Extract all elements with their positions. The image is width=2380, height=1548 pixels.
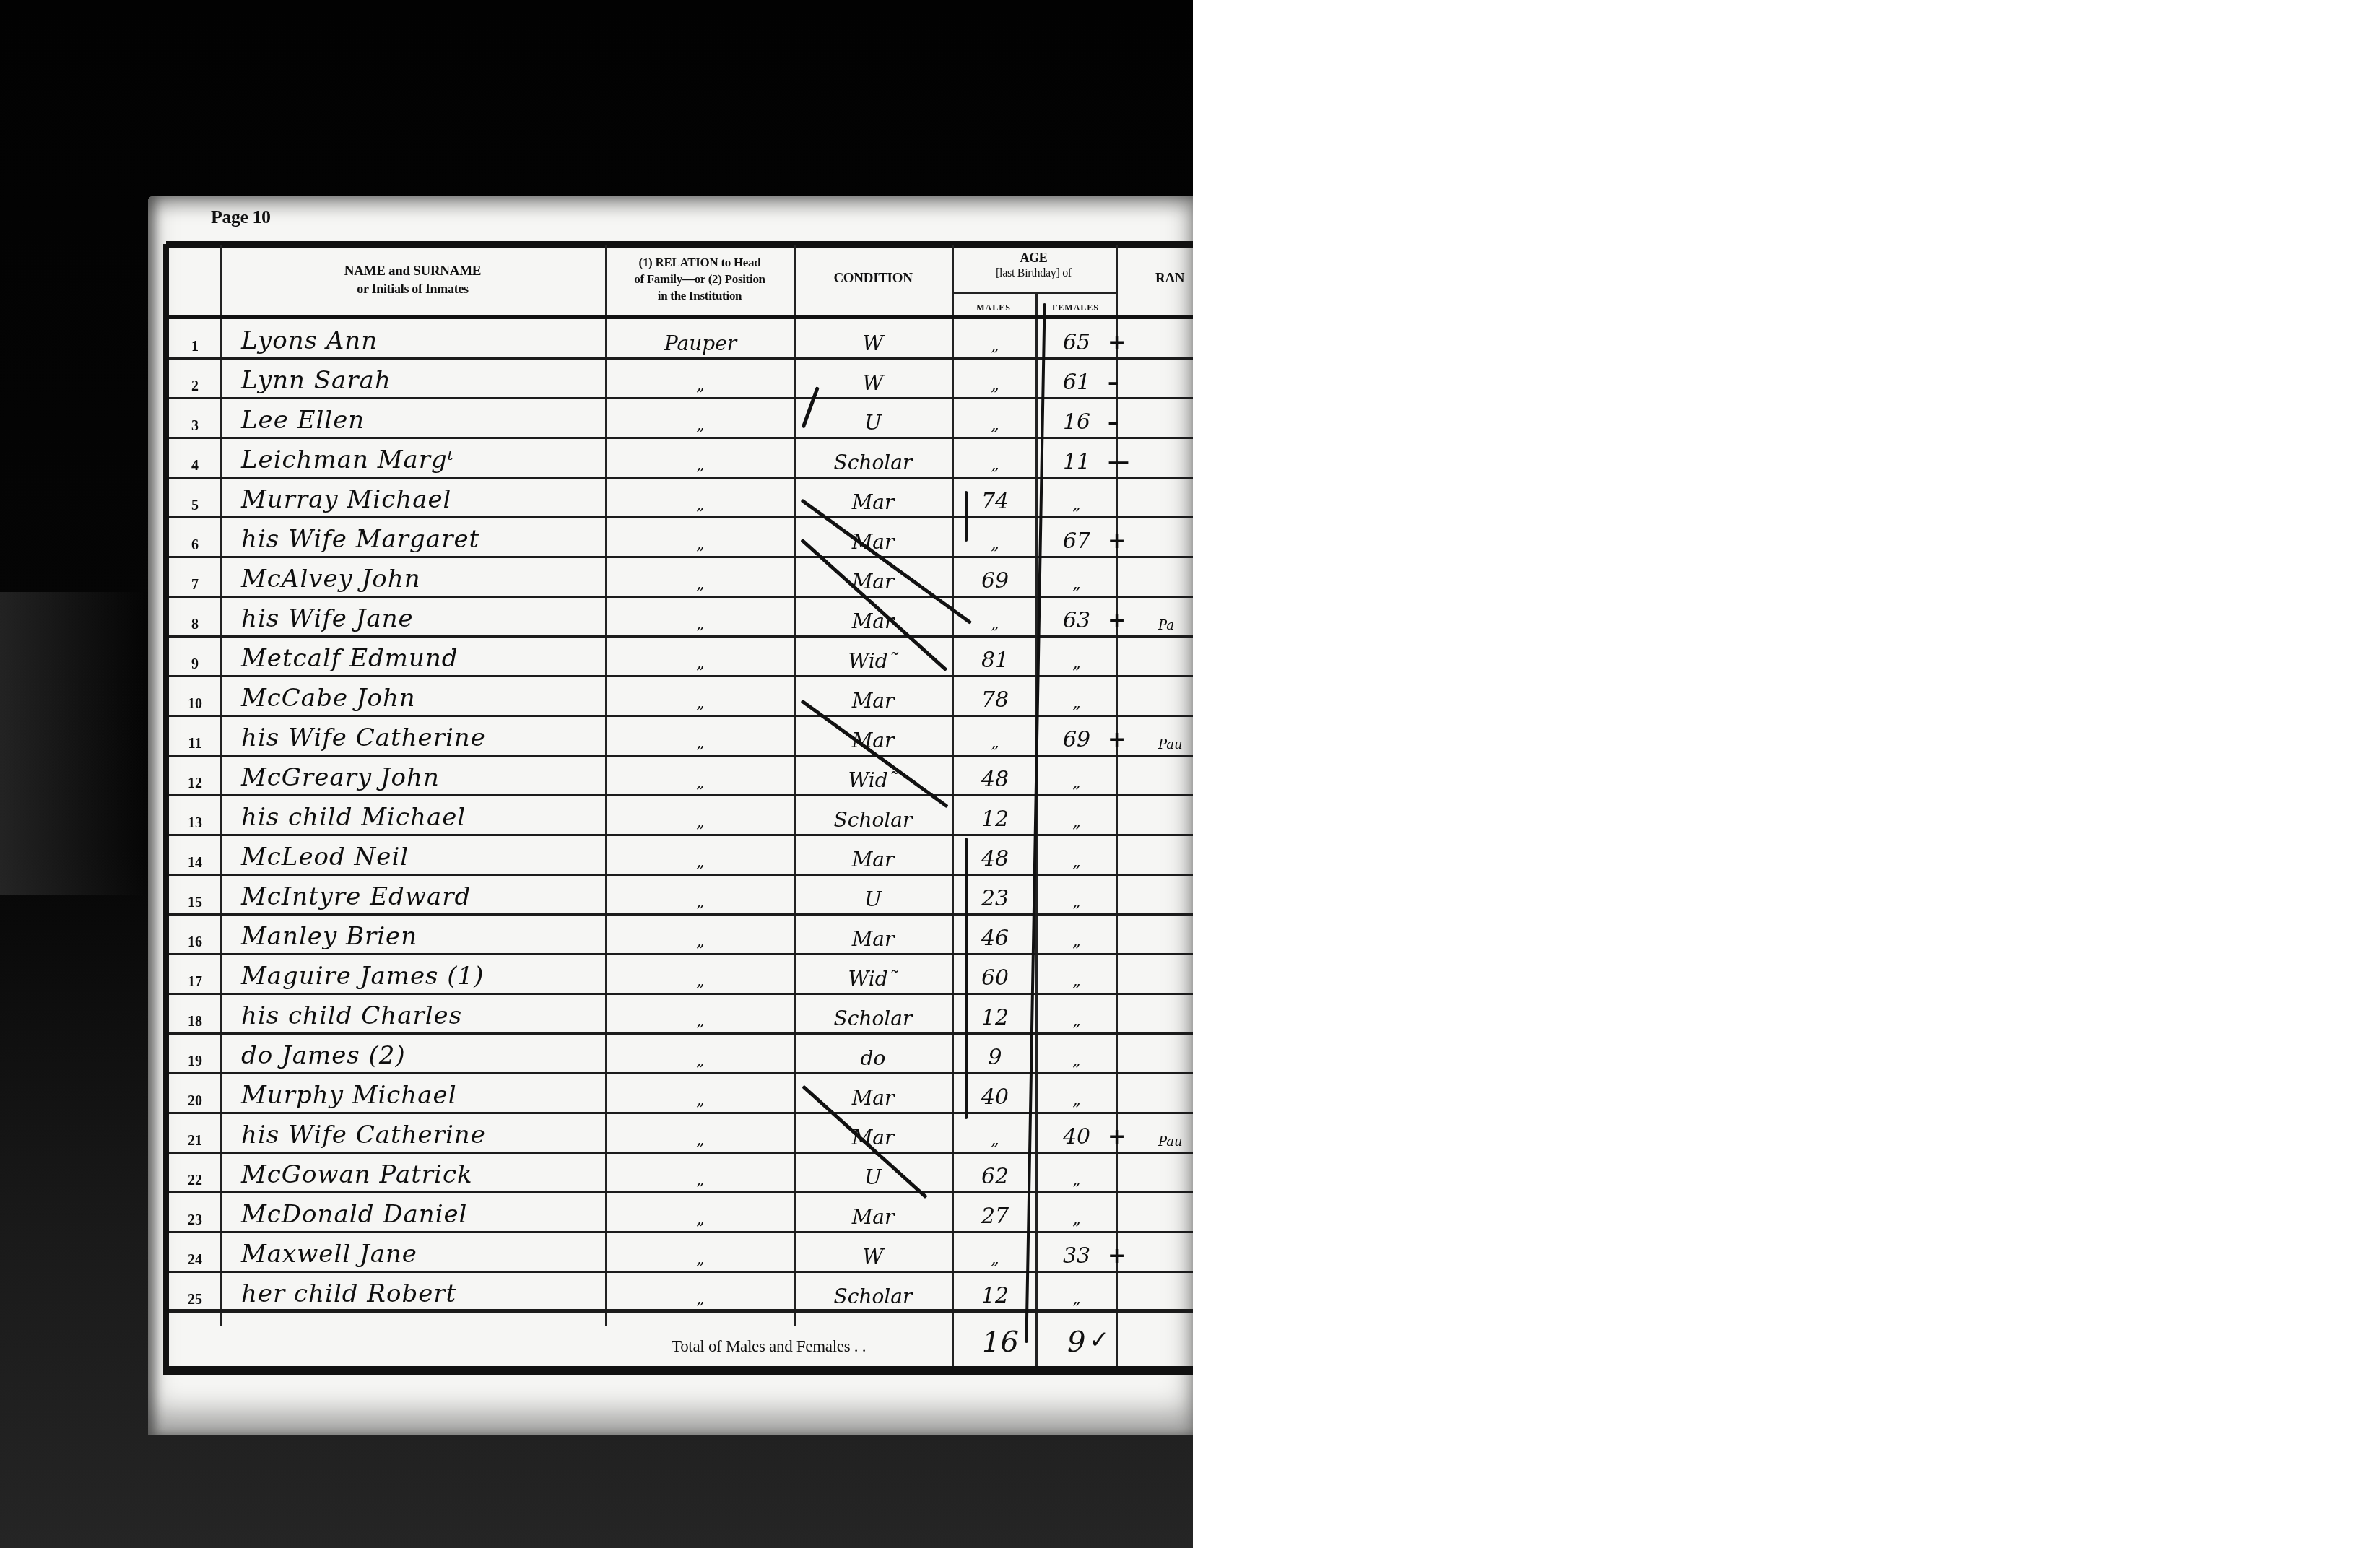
row-rank bbox=[1158, 1193, 1193, 1233]
table-row: 20 Murphy Michael „ Mar 40 „ bbox=[169, 1074, 1193, 1114]
table-row: 3 Lee Ellen „ U „ 16 – bbox=[169, 399, 1193, 439]
row-relation: „ bbox=[607, 757, 794, 796]
table-row: 12 McGreary John „ Wid˜ 48 „ bbox=[169, 757, 1193, 796]
row-number: 9 bbox=[169, 638, 221, 677]
row-age-females: „ bbox=[1037, 638, 1116, 677]
row-number: 25 bbox=[169, 1273, 221, 1313]
row-number: 1 bbox=[169, 320, 221, 360]
row-rank bbox=[1158, 876, 1193, 916]
table-top-rule bbox=[166, 241, 1193, 248]
row-rank bbox=[1158, 558, 1193, 598]
row-name: Maguire James (1) bbox=[227, 955, 602, 995]
row-relation: „ bbox=[607, 876, 794, 916]
pen-bracket-mark bbox=[965, 838, 968, 1119]
row-relation: „ bbox=[607, 796, 794, 836]
row-tally-mark bbox=[1108, 1154, 1151, 1193]
table-row: 13 his child Michael „ Scholar 12 „ bbox=[169, 796, 1193, 836]
row-tally-mark bbox=[1108, 796, 1151, 836]
row-relation: „ bbox=[607, 717, 794, 757]
row-relation: „ bbox=[607, 1193, 794, 1233]
row-condition: U bbox=[794, 399, 952, 439]
row-rank bbox=[1158, 677, 1193, 717]
row-name: his Wife Margaret bbox=[227, 518, 602, 558]
row-name: Metcalf Edmund bbox=[227, 638, 602, 677]
row-age-males: 81 bbox=[953, 638, 1037, 677]
row-number: 13 bbox=[169, 796, 221, 836]
totals-males: 16 bbox=[982, 1326, 1019, 1359]
row-relation: „ bbox=[607, 955, 794, 995]
row-number: 8 bbox=[169, 598, 221, 638]
row-age-males: „ bbox=[953, 1233, 1037, 1273]
table-row: 4 Leichman Margᵗ „ Scholar „ 11 — bbox=[169, 439, 1193, 479]
header-females: FEMALES bbox=[1035, 299, 1116, 316]
row-rank bbox=[1158, 1233, 1193, 1273]
row-age-females: 11 bbox=[1037, 439, 1116, 479]
row-condition: U bbox=[794, 1154, 952, 1193]
row-age-females: „ bbox=[1037, 876, 1116, 916]
row-name: do James (2) bbox=[227, 1035, 602, 1074]
row-number: 21 bbox=[169, 1114, 221, 1154]
row-tally-mark: – bbox=[1108, 360, 1151, 399]
row-rule bbox=[169, 1309, 1193, 1313]
header-name: NAME and SURNAME or Initials of Inmates bbox=[220, 263, 605, 297]
row-age-females: 67 bbox=[1037, 518, 1116, 558]
row-tally-mark bbox=[1108, 1273, 1151, 1313]
row-name: McDonald Daniel bbox=[227, 1193, 602, 1233]
pen-bracket-mark bbox=[965, 491, 968, 542]
row-condition: Wid˜ bbox=[794, 955, 952, 995]
row-rank bbox=[1158, 757, 1193, 796]
row-age-females: „ bbox=[1037, 796, 1116, 836]
age-subheader-rule bbox=[953, 292, 1116, 294]
row-name: his Wife Catherine bbox=[227, 1114, 602, 1154]
header-age: AGE [last Birthday] of bbox=[952, 250, 1116, 282]
row-number: 15 bbox=[169, 876, 221, 916]
row-tally-mark bbox=[1108, 757, 1151, 796]
row-age-females: „ bbox=[1037, 916, 1116, 955]
row-condition: W bbox=[794, 360, 952, 399]
row-rank bbox=[1158, 995, 1193, 1035]
row-age-males: „ bbox=[953, 717, 1037, 757]
row-relation: „ bbox=[607, 1154, 794, 1193]
row-name: Murray Michael bbox=[227, 479, 602, 518]
row-rank bbox=[1158, 1273, 1193, 1313]
row-condition: W bbox=[794, 320, 952, 360]
row-rank bbox=[1158, 439, 1193, 479]
row-relation: „ bbox=[607, 1273, 794, 1313]
row-tally-mark: + bbox=[1108, 320, 1151, 360]
row-relation: „ bbox=[607, 518, 794, 558]
row-age-males: 69 bbox=[953, 558, 1037, 598]
table-row: 14 McLeod Neil „ Mar 48 „ bbox=[169, 836, 1193, 876]
row-relation: „ bbox=[607, 439, 794, 479]
row-age-females: 33 bbox=[1037, 1233, 1116, 1273]
row-number: 6 bbox=[169, 518, 221, 558]
row-condition: Mar bbox=[794, 836, 952, 876]
row-number: 23 bbox=[169, 1193, 221, 1233]
row-name: his child Michael bbox=[227, 796, 602, 836]
row-age-females: „ bbox=[1037, 479, 1116, 518]
row-relation: „ bbox=[607, 399, 794, 439]
row-tally-mark: + bbox=[1108, 717, 1151, 757]
row-tally-mark: + bbox=[1108, 1114, 1151, 1154]
row-age-females: „ bbox=[1037, 836, 1116, 876]
row-age-females: 61 bbox=[1037, 360, 1116, 399]
row-name: Murphy Michael bbox=[227, 1074, 602, 1114]
row-tally-mark bbox=[1108, 638, 1151, 677]
row-age-males: 27 bbox=[953, 1193, 1037, 1233]
header-condition: CONDITION bbox=[794, 270, 952, 287]
row-relation: „ bbox=[607, 995, 794, 1035]
row-age-males: 48 bbox=[953, 757, 1037, 796]
row-condition: Wid˜ bbox=[794, 638, 952, 677]
row-tally-mark bbox=[1108, 479, 1151, 518]
row-tally-mark bbox=[1108, 876, 1151, 916]
row-relation: „ bbox=[607, 836, 794, 876]
row-condition: U bbox=[794, 876, 952, 916]
row-tally-mark bbox=[1108, 558, 1151, 598]
table-row: 24 Maxwell Jane „ W „ 33 + bbox=[169, 1233, 1193, 1273]
row-condition: Scholar bbox=[794, 1273, 952, 1313]
table-row: 19 do James (2) „ do 9 „ bbox=[169, 1035, 1193, 1074]
row-relation: „ bbox=[607, 916, 794, 955]
row-relation: „ bbox=[607, 479, 794, 518]
row-rank: Pa bbox=[1158, 598, 1193, 638]
row-condition: W bbox=[794, 1233, 952, 1273]
row-condition: do bbox=[794, 1035, 952, 1074]
table-row: 16 Manley Brien „ Mar 46 „ bbox=[169, 916, 1193, 955]
totals-check-icon: ✓ bbox=[1089, 1326, 1110, 1354]
header-bottom-rule bbox=[166, 315, 1193, 319]
row-rank: Pau bbox=[1158, 1114, 1193, 1154]
row-age-males: „ bbox=[953, 320, 1037, 360]
row-condition: Mar bbox=[794, 916, 952, 955]
row-relation: „ bbox=[607, 1233, 794, 1273]
row-rank bbox=[1158, 518, 1193, 558]
header-relation-line2: of Family—or (2) Position bbox=[605, 271, 794, 287]
row-tally-mark: — bbox=[1108, 439, 1151, 479]
row-age-males: „ bbox=[953, 360, 1037, 399]
row-tally-mark bbox=[1108, 995, 1151, 1035]
row-condition: Scholar bbox=[794, 439, 952, 479]
row-tally-mark bbox=[1108, 1035, 1151, 1074]
row-relation: „ bbox=[607, 1035, 794, 1074]
row-name: Lynn Sarah bbox=[227, 360, 602, 399]
row-number: 2 bbox=[169, 360, 221, 399]
row-number: 19 bbox=[169, 1035, 221, 1074]
row-age-females: 40 bbox=[1037, 1114, 1116, 1154]
row-number: 11 bbox=[169, 717, 221, 757]
row-name: McIntyre Edward bbox=[227, 876, 602, 916]
row-tally-mark bbox=[1108, 677, 1151, 717]
table-row: 1 Lyons Ann Pauper W „ 65 + bbox=[169, 320, 1193, 360]
row-rank: Pau bbox=[1158, 717, 1193, 757]
row-tally-mark: + bbox=[1108, 518, 1151, 558]
table-row: 23 McDonald Daniel „ Mar 27 „ bbox=[169, 1193, 1193, 1233]
row-name: McGowan Patrick bbox=[227, 1154, 602, 1193]
row-name: Lyons Ann bbox=[227, 320, 602, 360]
row-tally-mark: + bbox=[1108, 598, 1151, 638]
row-number: 3 bbox=[169, 399, 221, 439]
table-bottom-rule bbox=[166, 1366, 1193, 1375]
row-tally-mark: – bbox=[1108, 399, 1151, 439]
row-rank bbox=[1158, 836, 1193, 876]
row-number: 14 bbox=[169, 836, 221, 876]
row-number: 20 bbox=[169, 1074, 221, 1114]
row-age-females: „ bbox=[1037, 1273, 1116, 1313]
row-name: her child Robert bbox=[227, 1273, 602, 1313]
row-number: 18 bbox=[169, 995, 221, 1035]
row-rank bbox=[1158, 360, 1193, 399]
row-number: 16 bbox=[169, 916, 221, 955]
row-name: his Wife Catherine bbox=[227, 717, 602, 757]
table-row: 21 his Wife Catherine „ Mar „ 40 + Pau bbox=[169, 1114, 1193, 1154]
row-age-males: „ bbox=[953, 439, 1037, 479]
row-name: McCabe John bbox=[227, 677, 602, 717]
header-age-title: AGE bbox=[952, 250, 1116, 266]
table-row: 25 her child Robert „ Scholar 12 „ bbox=[169, 1273, 1193, 1313]
header-rank: RAN bbox=[1155, 270, 1199, 287]
row-relation: „ bbox=[607, 598, 794, 638]
row-age-females: „ bbox=[1037, 1193, 1116, 1233]
row-rank bbox=[1158, 955, 1193, 995]
row-age-females: 69 bbox=[1037, 717, 1116, 757]
totals-females: 9 bbox=[1067, 1326, 1085, 1359]
table-row: 17 Maguire James (1) „ Wid˜ 60 „ bbox=[169, 955, 1193, 995]
row-name: his child Charles bbox=[227, 995, 602, 1035]
header-age-subtitle: [last Birthday] of bbox=[952, 266, 1116, 282]
row-name: his Wife Jane bbox=[227, 598, 602, 638]
row-number: 5 bbox=[169, 479, 221, 518]
row-age-females: „ bbox=[1037, 1154, 1116, 1193]
row-relation: „ bbox=[607, 1074, 794, 1114]
row-age-males: 12 bbox=[953, 1273, 1037, 1313]
row-age-females: „ bbox=[1037, 1074, 1116, 1114]
table-row: 11 his Wife Catherine „ Mar „ 69 + Pau bbox=[169, 717, 1193, 757]
table-row: 15 McIntyre Edward „ U 23 „ bbox=[169, 876, 1193, 916]
row-condition: Mar bbox=[794, 1074, 952, 1114]
row-rank bbox=[1158, 638, 1193, 677]
row-age-females: 63 bbox=[1037, 598, 1116, 638]
row-age-males: 62 bbox=[953, 1154, 1037, 1193]
row-name: Manley Brien bbox=[227, 916, 602, 955]
header-males: MALES bbox=[952, 299, 1035, 316]
row-rank bbox=[1158, 479, 1193, 518]
row-relation: „ bbox=[607, 1114, 794, 1154]
row-age-males: „ bbox=[953, 1114, 1037, 1154]
table-left-border bbox=[163, 244, 169, 1375]
table-row: 2 Lynn Sarah „ W „ 61 – bbox=[169, 360, 1193, 399]
row-rank bbox=[1158, 1035, 1193, 1074]
header-relation: (1) RELATION to Head of Family—or (2) Po… bbox=[605, 254, 794, 304]
row-number: 24 bbox=[169, 1233, 221, 1273]
row-rank bbox=[1158, 1154, 1193, 1193]
row-name: Leichman Margᵗ bbox=[227, 439, 602, 479]
row-age-females: „ bbox=[1037, 677, 1116, 717]
row-relation: „ bbox=[607, 558, 794, 598]
table-row: 22 McGowan Patrick „ U 62 „ bbox=[169, 1154, 1193, 1193]
row-tally-mark: + bbox=[1108, 1233, 1151, 1273]
row-number: 22 bbox=[169, 1154, 221, 1193]
row-tally-mark bbox=[1108, 1193, 1151, 1233]
row-tally-mark bbox=[1108, 955, 1151, 995]
row-tally-mark bbox=[1108, 836, 1151, 876]
row-tally-mark bbox=[1108, 916, 1151, 955]
row-number: 17 bbox=[169, 955, 221, 995]
row-rank bbox=[1158, 320, 1193, 360]
header-name-line2: or Initials of Inmates bbox=[220, 280, 605, 297]
row-condition: Mar bbox=[794, 1193, 952, 1233]
table-row: 18 his child Charles „ Scholar 12 „ bbox=[169, 995, 1193, 1035]
row-relation: „ bbox=[607, 638, 794, 677]
row-age-females: 16 bbox=[1037, 399, 1116, 439]
row-age-females: 65 bbox=[1037, 320, 1116, 360]
row-name: McLeod Neil bbox=[227, 836, 602, 876]
row-rank bbox=[1158, 399, 1193, 439]
row-name: Maxwell Jane bbox=[227, 1233, 602, 1273]
row-condition: Scholar bbox=[794, 796, 952, 836]
header-relation-line3: in the Institution bbox=[605, 287, 794, 304]
row-number: 10 bbox=[169, 677, 221, 717]
row-name: Lee Ellen bbox=[227, 399, 602, 439]
row-rank bbox=[1158, 1074, 1193, 1114]
row-age-females: „ bbox=[1037, 558, 1116, 598]
row-age-males: „ bbox=[953, 399, 1037, 439]
row-age-males: 12 bbox=[953, 796, 1037, 836]
row-relation: „ bbox=[607, 360, 794, 399]
row-age-males: 78 bbox=[953, 677, 1037, 717]
row-age-females: „ bbox=[1037, 1035, 1116, 1074]
row-condition: Scholar bbox=[794, 995, 952, 1035]
row-age-females: „ bbox=[1037, 995, 1116, 1035]
row-number: 4 bbox=[169, 439, 221, 479]
header-relation-line1: (1) RELATION to Head bbox=[605, 254, 794, 271]
row-relation: Pauper bbox=[607, 320, 794, 360]
totals-label: Total of Males and Females . . bbox=[672, 1337, 866, 1356]
row-number: 12 bbox=[169, 757, 221, 796]
row-rank bbox=[1158, 796, 1193, 836]
header-name-line1: NAME and SURNAME bbox=[220, 263, 605, 280]
row-relation: „ bbox=[607, 677, 794, 717]
row-age-females: „ bbox=[1037, 757, 1116, 796]
row-rank bbox=[1158, 916, 1193, 955]
row-name: McGreary John bbox=[227, 757, 602, 796]
row-number: 7 bbox=[169, 558, 221, 598]
page-label: Page 10 bbox=[211, 206, 270, 228]
row-name: McAlvey John bbox=[227, 558, 602, 598]
row-tally-mark bbox=[1108, 1074, 1151, 1114]
row-age-females: „ bbox=[1037, 955, 1116, 995]
